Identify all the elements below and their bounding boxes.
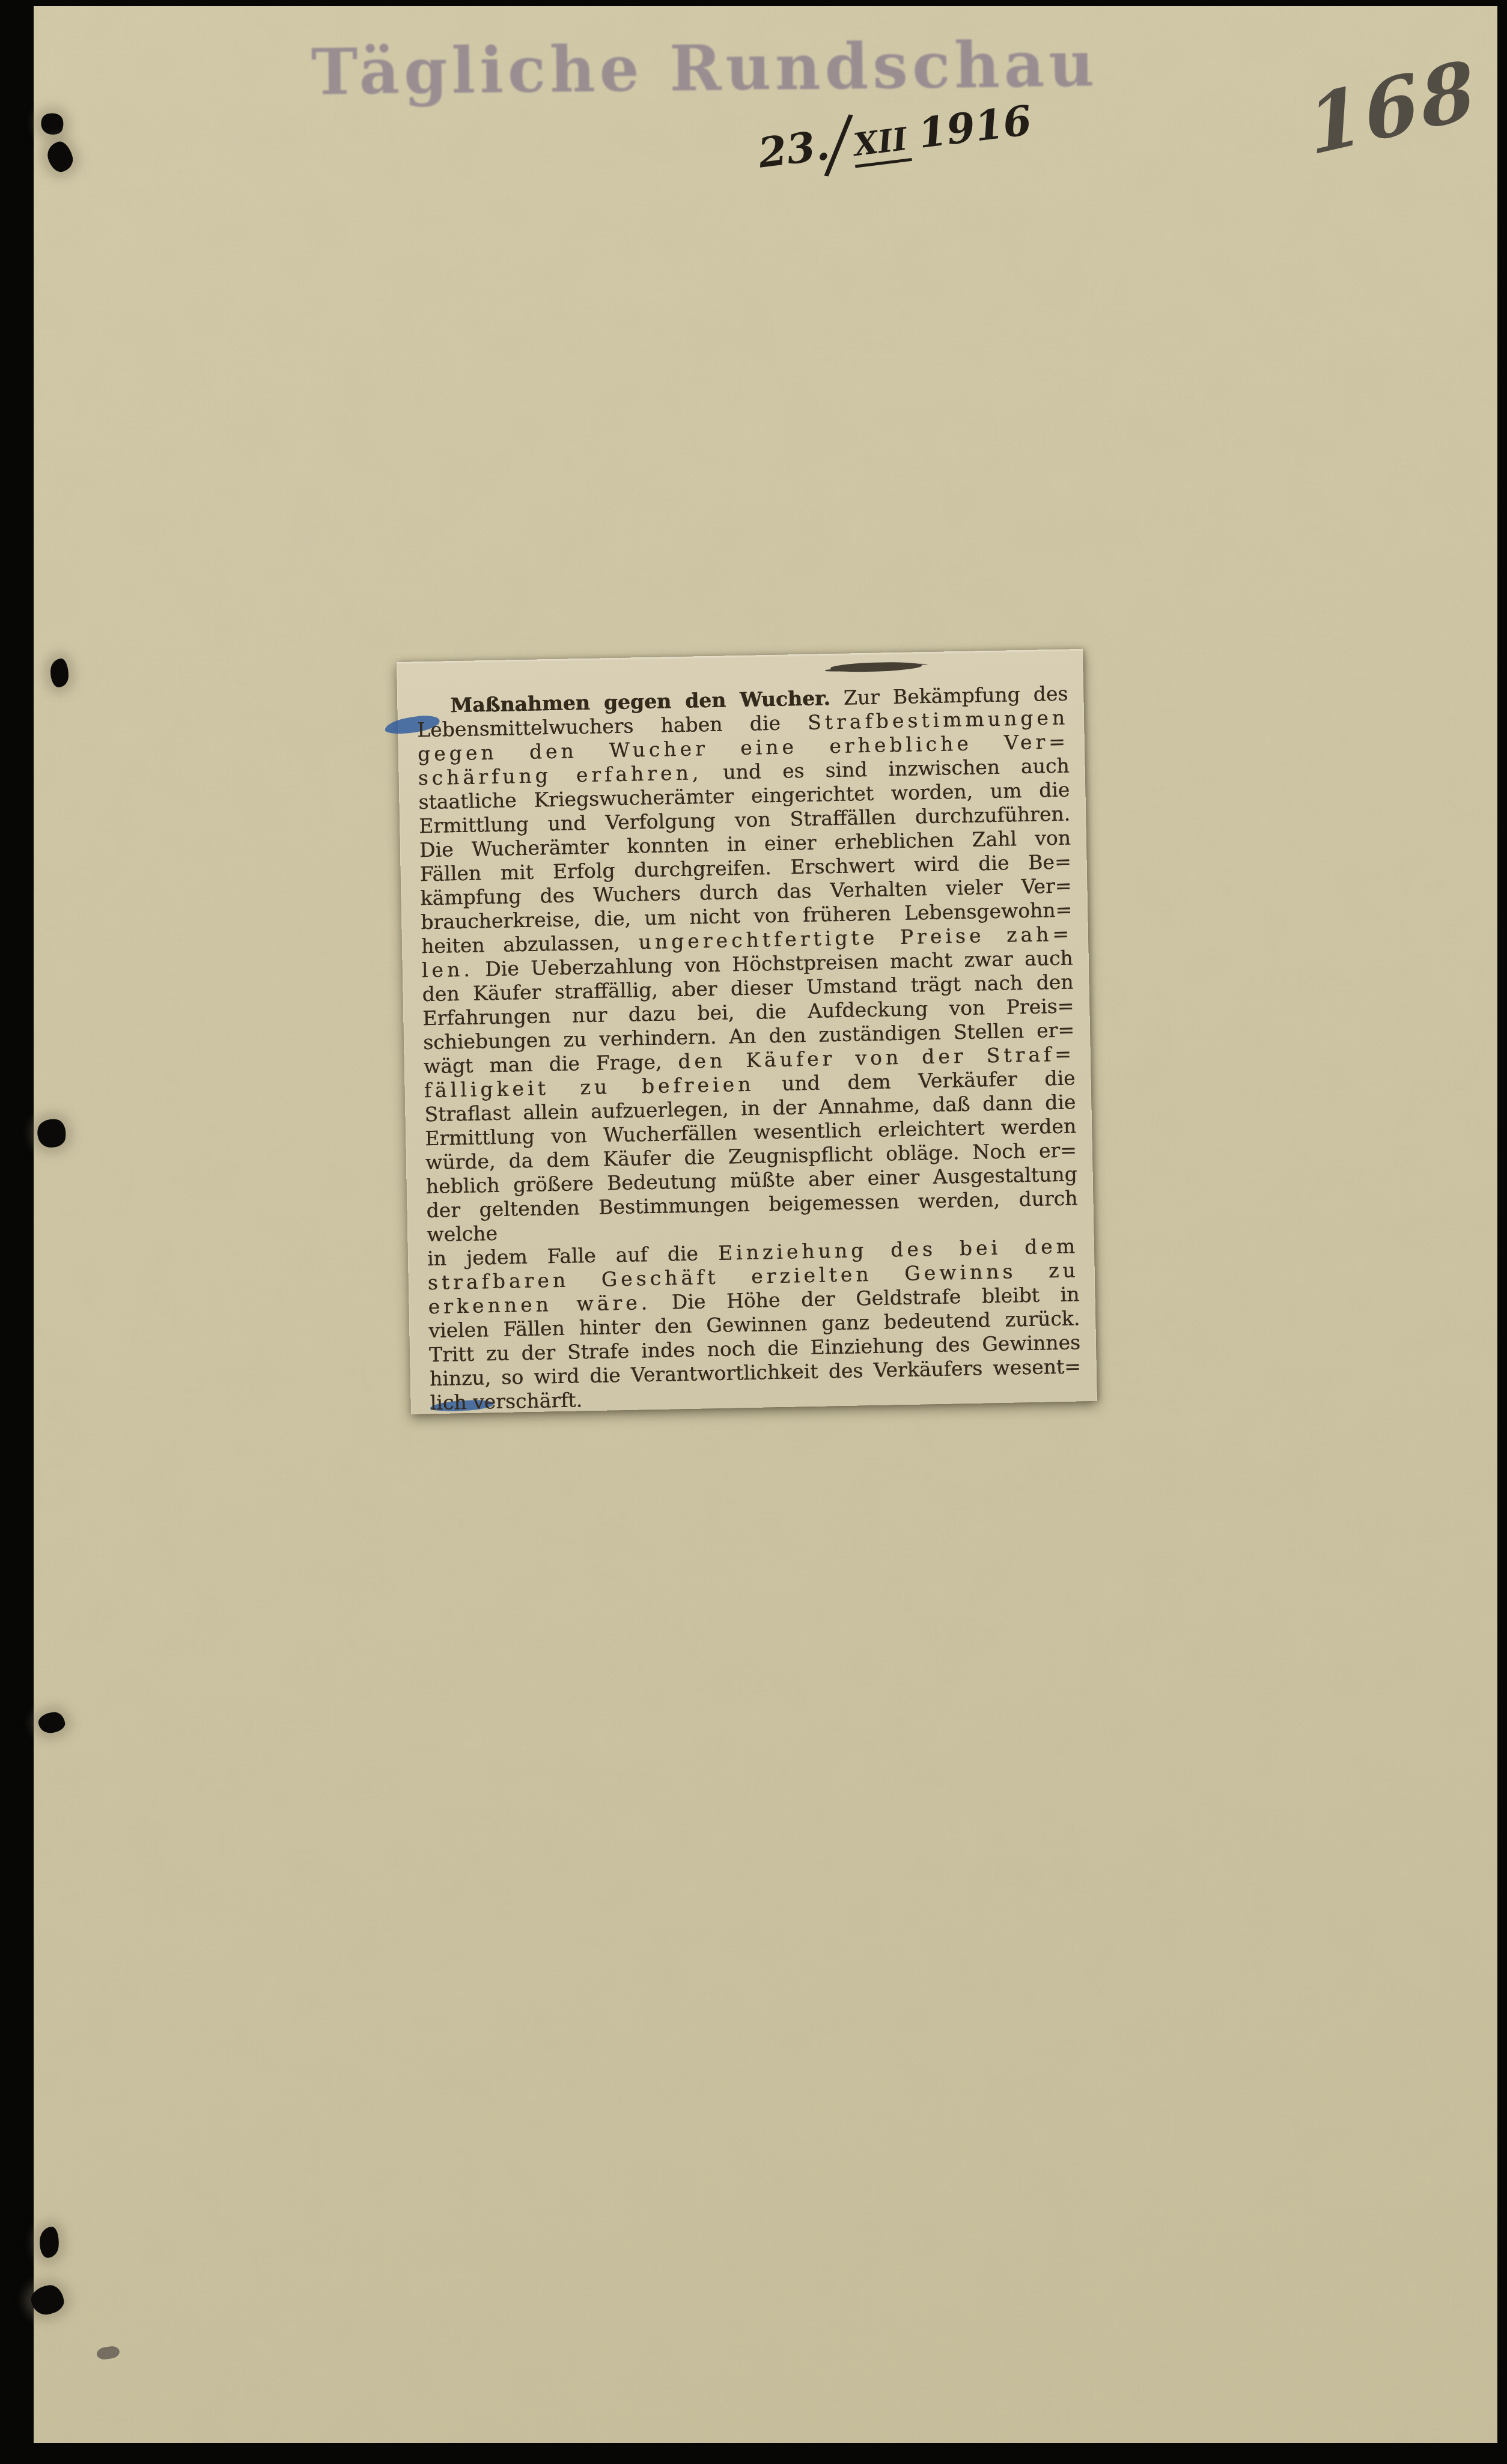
tear-hole: [35, 1116, 68, 1150]
clipping-line-segment: Zur Bekämpfung des: [830, 682, 1068, 710]
clipping-line-segment: len.: [421, 958, 473, 982]
tear-hole: [44, 139, 76, 175]
archive-folio-number: 168: [1303, 42, 1482, 174]
clipping-line-segment: lich verschärft.: [430, 1388, 582, 1414]
tear-hole: [29, 2283, 65, 2316]
clipping-line-segment: Strafbestimmungen: [808, 706, 1069, 734]
page: Tägliche Rundschau 23./XII1916 168 Maßna…: [34, 6, 1497, 2443]
clipping-line-segment: heiten abzulassen,: [421, 930, 639, 958]
newspaper-name-stamp: Tägliche Rundschau: [311, 27, 1098, 109]
clipping-text: Maßnahmen gegen den Wucher. Zur Bekämpfu…: [416, 682, 1082, 1416]
tear-hole: [38, 110, 67, 138]
clipping-line-segment: erkennen wäre.: [428, 1291, 651, 1318]
pencil-smudge: [96, 2345, 121, 2361]
newspaper-clipping: Maßnahmen gegen den Wucher. Zur Bekämpfu…: [397, 649, 1097, 1414]
date-day: 23.: [756, 121, 832, 178]
clipping-line-segment: wägt man die Frage,: [424, 1050, 678, 1078]
tear-hole: [38, 2226, 60, 2259]
date-year: 1916: [916, 96, 1035, 157]
date-slash: /: [826, 98, 852, 190]
archival-scan: Tägliche Rundschau 23./XII1916 168 Maßna…: [0, 0, 1507, 2464]
tear-hole: [37, 1711, 65, 1734]
tear-hole: [50, 659, 68, 687]
ink-smear-mark: [830, 661, 922, 674]
date-month-roman: XII: [850, 120, 912, 168]
handwritten-date: 23./XII1916: [756, 96, 1035, 179]
